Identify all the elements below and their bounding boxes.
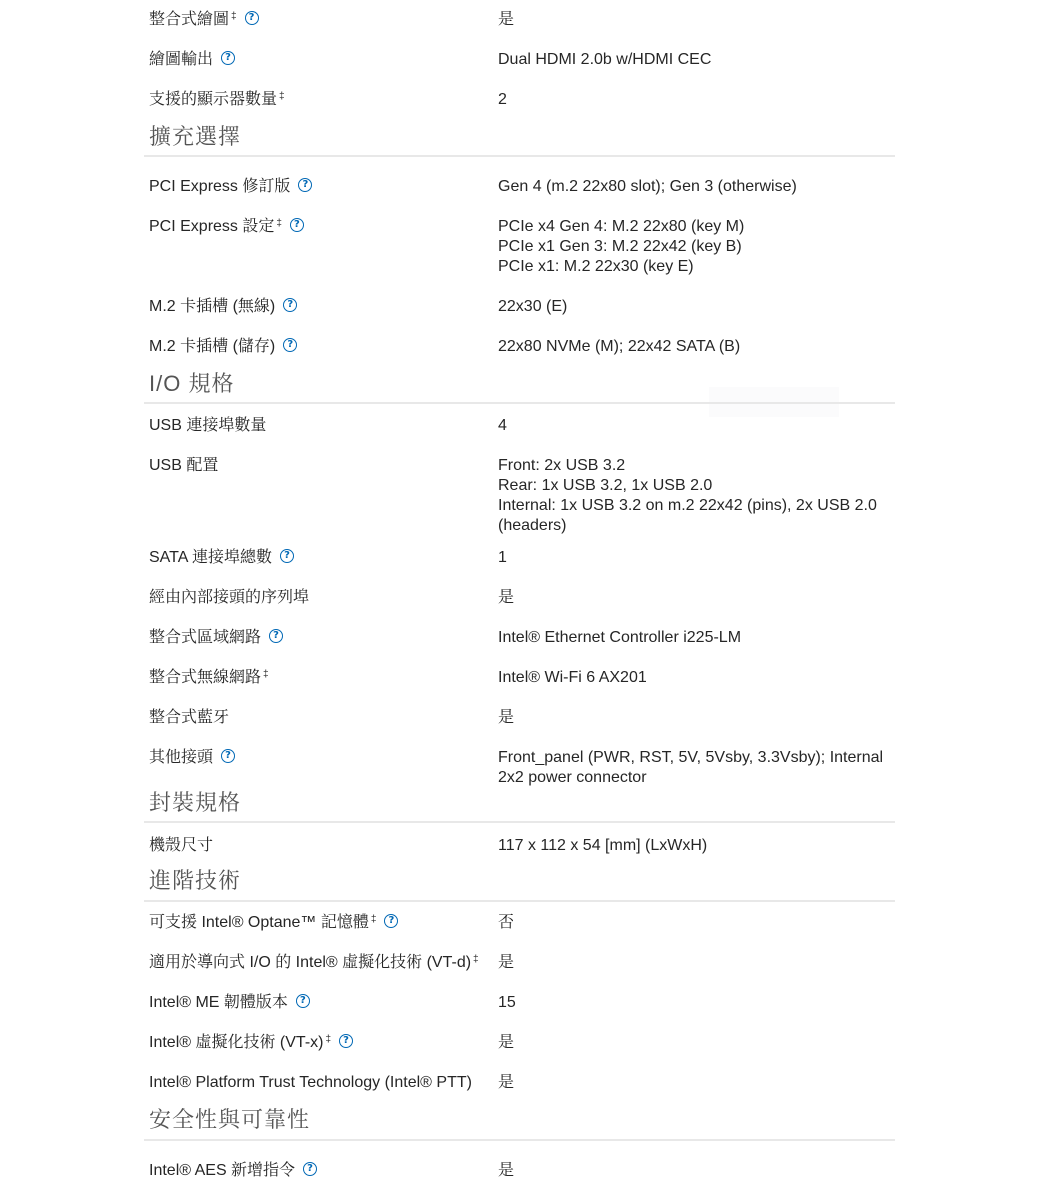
help-icon[interactable]: ? [221, 749, 235, 763]
spec-value: Front: 2x USB 3.2 Rear: 1x USB 3.2, 1x U… [498, 456, 893, 536]
help-icon[interactable]: ? [290, 218, 304, 232]
spec-label: Intel® AES 新增指令? [149, 1161, 317, 1181]
spec-value: 是 [498, 708, 893, 728]
spec-value: 4 [498, 416, 893, 436]
spec-value: 是 [498, 1073, 893, 1093]
spec-value: 15 [498, 993, 893, 1013]
spec-value: 22x30 (E) [498, 297, 893, 317]
help-icon[interactable]: ? [283, 298, 297, 312]
spec-value: Intel® Wi-Fi 6 AX201 [498, 668, 893, 688]
spec-value: PCIe x4 Gen 4: M.2 22x80 (key M) PCIe x1… [498, 217, 893, 277]
footnote-marker: ‡ [473, 954, 479, 965]
spec-value: 是 [498, 953, 893, 973]
spec-value: 1 [498, 548, 893, 568]
spec-label: 繪圖輸出? [149, 50, 235, 70]
section-divider [144, 900, 895, 902]
section-divider [144, 402, 895, 404]
section-heading-security: 安全性與可靠性 [149, 1107, 310, 1133]
spec-label: Intel® Platform Trust Technology (Intel®… [149, 1073, 472, 1093]
section-divider [144, 155, 895, 157]
spec-label: 整合式繪圖‡? [149, 10, 259, 30]
help-icon[interactable]: ? [280, 549, 294, 563]
spec-value: Dual HDMI 2.0b w/HDMI CEC [498, 50, 893, 70]
spec-label: 經由內部接頭的序列埠 [149, 588, 309, 608]
spec-label: 機殼尺寸 [149, 836, 213, 856]
spec-label: M.2 卡插槽 (儲存)? [149, 337, 297, 357]
footnote-marker: ‡ [231, 11, 237, 22]
spec-value: 是 [498, 10, 893, 30]
spec-label: 整合式藍牙 [149, 708, 229, 728]
section-heading-advanced: 進階技術 [149, 868, 241, 894]
spec-label: 其他接頭? [149, 748, 235, 768]
spec-value: 117 x 112 x 54 [mm] (LxWxH) [498, 836, 893, 856]
spec-value: Intel® Ethernet Controller i225-LM [498, 628, 893, 648]
help-icon[interactable]: ? [298, 178, 312, 192]
spec-value: 否 [498, 913, 893, 933]
spec-value: Gen 4 (m.2 22x80 slot); Gen 3 (otherwise… [498, 177, 893, 197]
spec-value: 2 [498, 90, 893, 110]
section-heading-expansion: 擴充選擇 [149, 124, 241, 150]
spec-value: 22x80 NVMe (M); 22x42 SATA (B) [498, 337, 893, 357]
spec-label: Intel® 虛擬化技術 (VT-x)‡? [149, 1033, 353, 1053]
spec-label: 整合式區域網路? [149, 628, 283, 648]
help-icon[interactable]: ? [283, 338, 297, 352]
spec-value: 是 [498, 1161, 893, 1181]
footnote-marker: ‡ [371, 914, 377, 925]
help-icon[interactable]: ? [296, 994, 310, 1008]
spec-value: 是 [498, 1033, 893, 1053]
spec-label: Intel® ME 韌體版本? [149, 993, 310, 1013]
spec-label: 支援的顯示器數量‡ [149, 90, 285, 110]
footnote-marker: ‡ [325, 1034, 331, 1045]
footnote-marker: ‡ [263, 669, 269, 680]
help-icon[interactable]: ? [339, 1034, 353, 1048]
spec-value: Front_panel (PWR, RST, 5V, 5Vsby, 3.3Vsb… [498, 748, 893, 788]
section-divider [144, 1139, 895, 1141]
spec-label: USB 配置 [149, 456, 218, 476]
help-icon[interactable]: ? [269, 629, 283, 643]
section-heading-package: 封裝規格 [149, 790, 241, 816]
spec-value: 是 [498, 588, 893, 608]
footnote-marker: ‡ [276, 218, 282, 229]
help-icon[interactable]: ? [303, 1162, 317, 1176]
spec-label: PCI Express 修訂版? [149, 177, 312, 197]
spec-label: PCI Express 設定‡? [149, 217, 304, 237]
spec-label: SATA 連接埠總數? [149, 548, 294, 568]
help-icon[interactable]: ? [245, 11, 259, 25]
spec-label: 可支援 Intel® Optane™ 記憶體‡? [149, 913, 398, 933]
section-heading-io: I/O 規格 [149, 371, 234, 397]
spec-label: 適用於導向式 I/O 的 Intel® 虛擬化技術 (VT-d)‡ [149, 953, 479, 973]
footnote-marker: ‡ [279, 91, 285, 102]
help-icon[interactable]: ? [221, 51, 235, 65]
spec-label: 整合式無線網路‡ [149, 668, 269, 688]
section-divider [144, 821, 895, 823]
help-icon[interactable]: ? [384, 914, 398, 928]
spec-label: M.2 卡插槽 (無線)? [149, 297, 297, 317]
spec-label: USB 連接埠數量 [149, 416, 266, 436]
